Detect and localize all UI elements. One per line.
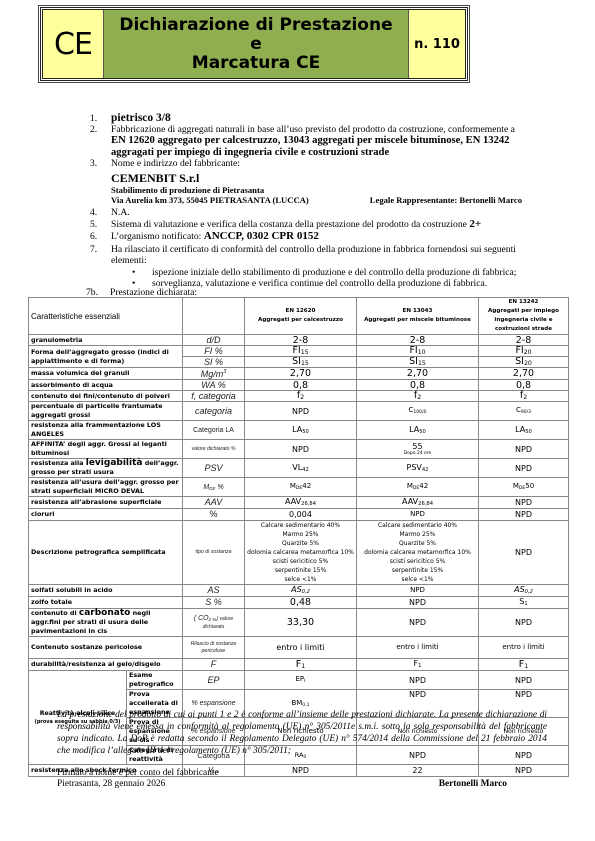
item-7: 7. Ha rilasciato il certificato di confo… bbox=[90, 244, 540, 266]
table-row: resistenza all’usura dell’aggr. grosso p… bbox=[29, 478, 569, 497]
place-date: Pietrasanta, 28 gennaio 2026 bbox=[57, 779, 165, 790]
col-header-en13242: EN 13242Aggregati per impiego ingegneria… bbox=[479, 298, 569, 335]
table-row: contenuto dei fini/contenuto di polveri … bbox=[29, 391, 569, 402]
table-row: cloruri % 0,004 NPD NPD bbox=[29, 509, 569, 521]
col-header-en13043: EN 13043Aggregati per miscele bituminose bbox=[357, 298, 479, 335]
table-header-row: Caratteristiche essenziali EN 12620Aggre… bbox=[29, 298, 569, 335]
table-row: Reattività alcali-silice(prova eseguita … bbox=[29, 671, 569, 690]
table-row: solfati solubili in acido AS AS0,2 NPD A… bbox=[29, 585, 569, 597]
table-row: Forma dell’aggregato grosso (indici di a… bbox=[29, 346, 569, 357]
item-6: 6. L’organismo notificato: ANCCP, 0302 C… bbox=[90, 231, 540, 242]
manufacturer-name: CEMENBIT S.r.l bbox=[111, 171, 540, 185]
table-row: Contenuto sostanze pericolose Rilascio d… bbox=[29, 637, 569, 659]
ce-mark-box: CE bbox=[43, 10, 104, 78]
declaration-items: 1. pietrisco 3/8 2. Fabbricazione di agg… bbox=[90, 113, 540, 289]
col-header-characteristics: Caratteristiche essenziali bbox=[29, 298, 183, 335]
item-5: 5. Sistema di valutazione e verifica del… bbox=[90, 219, 540, 230]
col-header-en12620: EN 12620Aggregati per calcestruzzo bbox=[245, 298, 357, 335]
table-row: granulometria d/D 2-8 2-8 2-8 bbox=[29, 335, 569, 346]
table-row: zolfo totale S % 0,48 NPD S1 bbox=[29, 597, 569, 609]
petro-list-en12620: Calcare sedimentario 40%Marmo 25%Quarzit… bbox=[245, 521, 357, 585]
avcp-system: 2+ bbox=[469, 218, 481, 230]
manufacturer-address: Via Aurelia km 373, 55045 PIETRASANTA (L… bbox=[111, 195, 309, 206]
signed-on-behalf: Firmato a nome e per conto del fabbrican… bbox=[57, 768, 537, 779]
bullet-item: •ispezione iniziale dello stabilimento d… bbox=[132, 267, 540, 278]
table-row: Descrizione petrografica semplificata ti… bbox=[29, 521, 569, 585]
petro-list-en13043: Calcare sedimentario 40%Marmo 25%Quarzit… bbox=[357, 521, 479, 585]
item-2: 2. Fabbricazione di aggregati naturali i… bbox=[90, 124, 540, 158]
signer-name: Bertonelli Marco bbox=[439, 779, 507, 790]
product-name: pietrisco 3/8 bbox=[111, 113, 540, 124]
plant-name: Stabilimento di produzione di Pietrasant… bbox=[111, 185, 540, 195]
table-row: percentuale di particelle frantumate agg… bbox=[29, 402, 569, 421]
table-row: assorbimento di acqua WA % 0,8 0,8 0,8 bbox=[29, 380, 569, 391]
intended-use: EN 12620 aggregato per calcestruzzo, 130… bbox=[111, 135, 540, 157]
item-1: 1. pietrisco 3/8 bbox=[90, 113, 540, 124]
table-row: AFFINITA’ degli aggr. Grossi ai leganti … bbox=[29, 440, 569, 459]
table-row: resistenza alla frammentazione LOS ANGEL… bbox=[29, 421, 569, 440]
conformity-declaration: La prestazione del prodotto di cui ai pu… bbox=[57, 709, 547, 757]
table-row: durabilità/resistenza al gelo/disgelo F … bbox=[29, 659, 569, 671]
item-4: 4. N.A. bbox=[90, 207, 540, 218]
legal-representative: Legale Rappresentante: Bertonelli Marco bbox=[370, 195, 522, 206]
signature-block: Firmato a nome e per conto del fabbrican… bbox=[57, 768, 537, 790]
item-3: 3. Nome e indirizzo del fabbricante: bbox=[90, 158, 540, 169]
table-row: resistenza alla levigabilità dell’aggr. … bbox=[29, 459, 569, 478]
table-row: massa volumica dei granuli Mg/m3 2,70 2,… bbox=[29, 368, 569, 380]
document-title: Dichiarazione di Prestazione e Marcatura… bbox=[104, 10, 409, 78]
document-number: n. 110 bbox=[409, 10, 465, 78]
notified-body: ANCCP, 0302 CPR 0152 bbox=[204, 230, 319, 242]
ce-mark-icon: CE bbox=[54, 27, 92, 62]
performance-table: Caratteristiche essenziali EN 12620Aggre… bbox=[28, 297, 569, 777]
header-banner: CE Dichiarazione di Prestazione e Marcat… bbox=[40, 7, 468, 81]
table-row: contenuto di carbonato negli aggr.fini p… bbox=[29, 609, 569, 637]
table-row: resistenza all’abrasione superficiale AA… bbox=[29, 497, 569, 509]
